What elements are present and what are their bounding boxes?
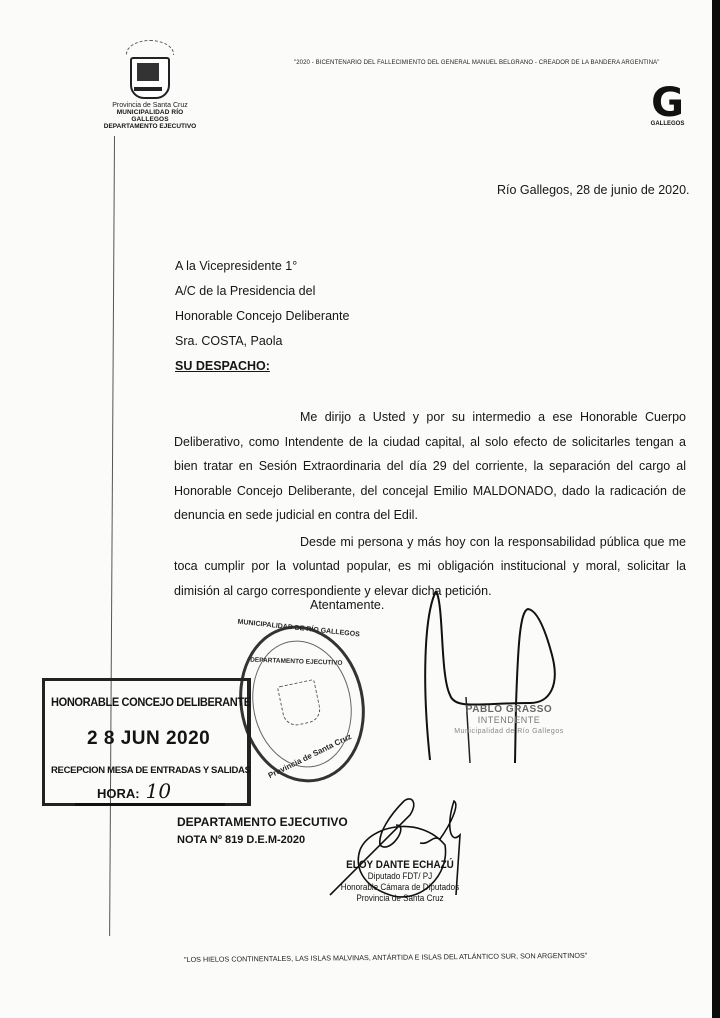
- stamp-date: 2 8 JUN 2020: [87, 728, 210, 750]
- salutation: SU DESPACHO:: [175, 354, 349, 379]
- recipient-line: A la Vicepresidente 1°: [175, 254, 349, 279]
- stamp-reception: RECEPCION MESA DE ENTRADAS Y SALIDAS: [51, 765, 251, 776]
- mayor-signature-icon: [420, 585, 600, 765]
- margin-rule: [109, 136, 115, 936]
- crest-department: DEPARTAMENTO EJECUTIVO: [100, 123, 200, 130]
- reception-stamp: HONORABLE CONCEJO DELIBERANTE 2 8 JUN 20…: [42, 678, 251, 806]
- deputy-title: Diputado FDT/ PJ: [341, 871, 460, 882]
- gallegos-logo: G GALLEGOS: [645, 85, 690, 127]
- deputy-signature-block: ELOY DANTE ECHAZÚ Diputado FDT/ PJ Honor…: [334, 860, 466, 904]
- sun-rays-icon: [126, 40, 174, 55]
- stamp-hora: HORA:10: [97, 779, 171, 803]
- deputy-chamber: Honorable Cámara de Diputados: [341, 882, 460, 893]
- mayor-signature-block: PABLO GRASSO INTENDENTE Municipalidad de…: [444, 704, 574, 737]
- letter-body: Me dirijo a Usted y por su intermedio a …: [174, 405, 686, 603]
- scan-edge-shadow: [712, 0, 720, 1018]
- recipient-line: Honorable Concejo Deliberante: [175, 304, 349, 329]
- stamp-institution: HONORABLE CONCEJO DELIBERANTE: [51, 695, 251, 709]
- shield-emblem-icon: [130, 57, 170, 99]
- mayor-entity: Municipalidad de Río Gallegos: [444, 726, 574, 737]
- header-motto: "2020 - BICENTENARIO DEL FALLECIMIENTO D…: [294, 60, 659, 66]
- crest-province: Provincia de Santa Cruz: [100, 102, 200, 109]
- footer-motto: "LOS HIELOS CONTINENTALES, LAS ISLAS MAL…: [184, 951, 587, 964]
- body-paragraph: Me dirijo a Usted y por su intermedio a …: [174, 405, 686, 528]
- municipal-crest: Provincia de Santa Cruz MUNICIPALIDAD RÍ…: [100, 40, 200, 130]
- hora-value: 10: [146, 779, 171, 803]
- logo-label: GALLEGOS: [645, 121, 690, 127]
- letter-date: Río Gallegos, 28 de junio de 2020.: [497, 183, 690, 197]
- mayor-title: INTENDENTE: [444, 715, 574, 726]
- closing: Atentamente.: [310, 598, 384, 612]
- g-logo-icon: G: [645, 85, 690, 121]
- mayor-name: PABLO GRASSO: [444, 704, 574, 715]
- recipient-line: A/C de la Presidencia del: [175, 279, 349, 304]
- deputy-province: Provincia de Santa Cruz: [341, 893, 460, 904]
- recipient-line: Sra. COSTA, Paola: [175, 329, 349, 354]
- seal-top-text: MUNICIPALIDAD DE RÍO GALLEGOS: [237, 619, 360, 639]
- recipient-block: A la Vicepresidente 1° A/C de la Preside…: [175, 254, 349, 379]
- hora-label: HORA:: [97, 786, 140, 801]
- deputy-name: ELOY DANTE ECHAZÚ: [341, 860, 460, 871]
- crest-municipality: MUNICIPALIDAD RÍO GALLEGOS: [100, 109, 200, 123]
